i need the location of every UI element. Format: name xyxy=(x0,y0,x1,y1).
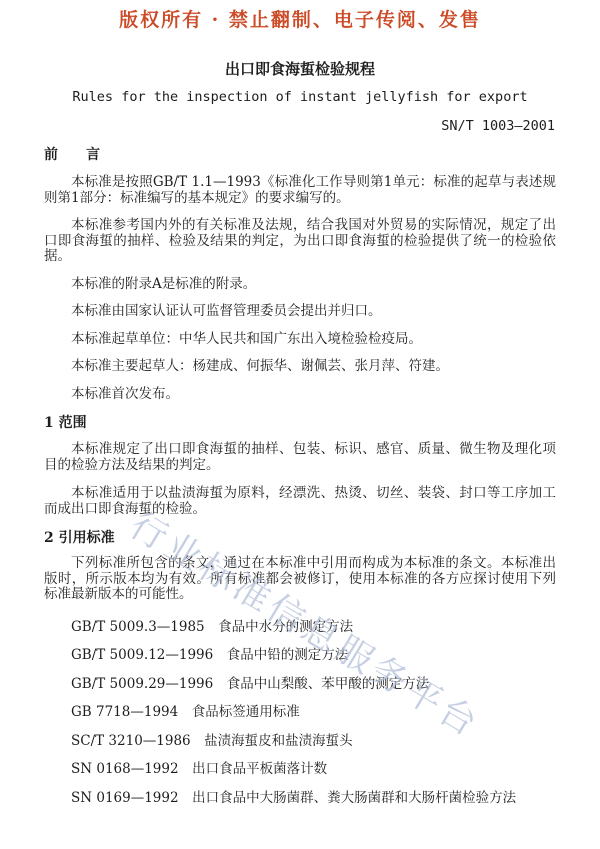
document-page: 行业标准信息服务平台 版权所有 · 禁止翻制、电子传阅、发售 出口即食海蜇检验规… xyxy=(0,0,600,849)
standard-number: SN/T 1003—2001 xyxy=(0,119,600,134)
reference-item: GB/T 5009.12—1996 食品中铅的测定方法 xyxy=(44,648,556,664)
foreword-paragraph: 本标准由国家认证认可监督管理委员会提出并归口。 xyxy=(44,304,556,320)
foreword-heading: 前 言 xyxy=(44,147,556,163)
foreword-paragraph: 本标准参考国内外的有关标准及法规，结合我国对外贸易的实际情况，规定了出口即食海蜇… xyxy=(44,218,556,265)
doc-title-en: Rules for the inspection of instant jell… xyxy=(0,90,600,105)
reference-item: GB 7718—1994 食品标签通用标准 xyxy=(44,705,556,721)
scope-paragraph: 本标准规定了出口即食海蜇的抽样、包装、标识、感官、质量、微生物及理化项目的检验方… xyxy=(44,442,556,473)
foreword-paragraph: 本标准主要起草人：杨建成、何振华、谢佩芸、张月萍、符建。 xyxy=(44,359,556,375)
reference-item: SN 0169—1992 出口食品中大肠菌群、粪大肠菌群和大肠杆菌检验方法 xyxy=(44,791,556,807)
reference-item: GB/T 5009.29—1996 食品中山梨酸、苯甲酸的测定方法 xyxy=(44,677,556,693)
section-heading-references: 2 引用标准 xyxy=(44,530,556,546)
foreword-paragraph: 本标准是按照GB/T 1.1—1993《标准化工作导则第1单元：标准的起草与表述… xyxy=(44,175,556,206)
references-intro-paragraph: 下列标准所包含的条文，通过在本标准中引用而构成为本标准的条文。本标准出版时，所示… xyxy=(44,556,556,603)
foreword-paragraph: 本标准的附录A是标准的附录。 xyxy=(44,277,556,293)
section-heading-scope: 1 范围 xyxy=(44,415,556,431)
reference-item: GB/T 5009.3—1985 食品中水分的测定方法 xyxy=(44,620,556,636)
scope-paragraph: 本标准适用于以盐渍海蜇为原料，经漂洗、热烫、切丝、装袋、封口等工序加工而成出口即… xyxy=(44,486,556,517)
reference-item: SN 0168—1992 出口食品平板菌落计数 xyxy=(44,762,556,778)
copyright-banner: 版权所有 · 禁止翻制、电子传阅、发售 xyxy=(0,0,600,31)
foreword-paragraph: 本标准首次发布。 xyxy=(44,387,556,403)
doc-title-zh: 出口即食海蜇检验规程 xyxy=(0,61,600,77)
foreword-paragraph: 本标准起草单位：中华人民共和国广东出入境检验检疫局。 xyxy=(44,332,556,348)
reference-item: SC/T 3210—1986 盐渍海蜇皮和盐渍海蜇头 xyxy=(44,734,556,750)
